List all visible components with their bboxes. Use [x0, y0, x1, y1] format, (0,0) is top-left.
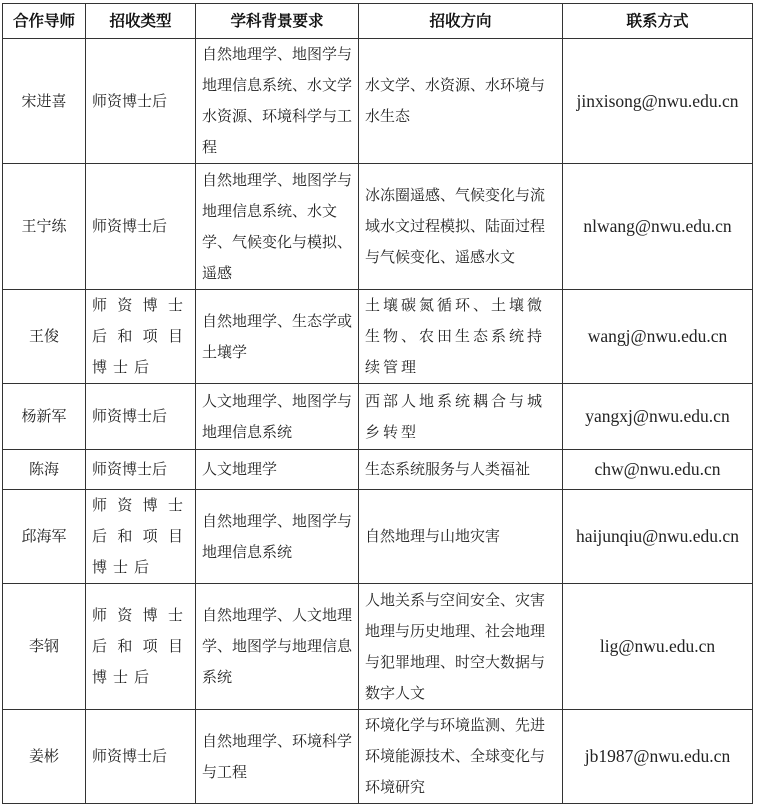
advisor-name: 姜彬: [3, 710, 86, 804]
research-direction: 冰冻圈遥感、气候变化与流域水文过程模拟、陆面过程与气候变化、遥感水文: [359, 164, 563, 290]
table-row: 陈海 师资博士后 人文地理学 生态系统服务与人类福祉 chw@nwu.edu.c…: [3, 450, 753, 490]
background-requirement: 自然地理学、地图学与地理信息系统、水文学、气候变化与模拟、遥感: [196, 164, 359, 290]
advisor-name: 王俊: [3, 290, 86, 384]
recruit-type: 师资博士后: [86, 710, 196, 804]
table-row: 王宁练 师资博士后 自然地理学、地图学与地理信息系统、水文学、气候变化与模拟、遥…: [3, 164, 753, 290]
contact-email[interactable]: chw@nwu.edu.cn: [563, 450, 753, 490]
research-direction: 环境化学与环境监测、先进环境能源技术、全球变化与环境研究: [359, 710, 563, 804]
advisor-name: 邱海军: [3, 490, 86, 584]
contact-email[interactable]: jinxisong@nwu.edu.cn: [563, 39, 753, 164]
header-row: 合作导师 招收类型 学科背景要求 招收方向 联系方式: [3, 4, 753, 39]
contact-email[interactable]: jb1987@nwu.edu.cn: [563, 710, 753, 804]
research-direction: 生态系统服务与人类福祉: [359, 450, 563, 490]
research-direction: 水文学、水资源、水环境与水生态: [359, 39, 563, 164]
background-requirement: 人文地理学、地图学与地理信息系统: [196, 384, 359, 450]
research-direction: 土壤碳氮循环、土壤微生物、农田生态系统持续管理: [359, 290, 563, 384]
research-direction: 西部人地系统耦合与城乡转型: [359, 384, 563, 450]
recruit-type: 师资博士后和项目博士后: [86, 290, 196, 384]
research-direction: 人地关系与空间安全、灾害地理与历史地理、社会地理与犯罪地理、时空大数据与数字人文: [359, 584, 563, 710]
background-requirement: 自然地理学、地图学与地理信息系统: [196, 490, 359, 584]
recruit-type: 师资博士后: [86, 384, 196, 450]
header-background: 学科背景要求: [196, 4, 359, 39]
header-direction: 招收方向: [359, 4, 563, 39]
table-row: 王俊 师资博士后和项目博士后 自然地理学、生态学或土壤学 土壤碳氮循环、土壤微生…: [3, 290, 753, 384]
advisor-name: 李钢: [3, 584, 86, 710]
header-contact: 联系方式: [563, 4, 753, 39]
table-row: 李钢 师资博士后和项目博士后 自然地理学、人文地理学、地图学与地理信息系统 人地…: [3, 584, 753, 710]
advisor-name: 宋进喜: [3, 39, 86, 164]
advisor-name: 杨新军: [3, 384, 86, 450]
research-direction: 自然地理与山地灾害: [359, 490, 563, 584]
contact-email[interactable]: nlwang@nwu.edu.cn: [563, 164, 753, 290]
recruit-type: 师资博士后和项目博士后: [86, 490, 196, 584]
background-requirement: 自然地理学、人文地理学、地图学与地理信息系统: [196, 584, 359, 710]
table-row: 宋进喜 师资博士后 自然地理学、地图学与地理信息系统、水文学水资源、环境科学与工…: [3, 39, 753, 164]
table-row: 姜彬 师资博士后 自然地理学、环境科学与工程 环境化学与环境监测、先进环境能源技…: [3, 710, 753, 804]
contact-email[interactable]: yangxj@nwu.edu.cn: [563, 384, 753, 450]
background-requirement: 自然地理学、地图学与地理信息系统、水文学水资源、环境科学与工程: [196, 39, 359, 164]
table-row: 杨新军 师资博士后 人文地理学、地图学与地理信息系统 西部人地系统耦合与城乡转型…: [3, 384, 753, 450]
background-requirement: 人文地理学: [196, 450, 359, 490]
recruit-type: 师资博士后: [86, 164, 196, 290]
recruit-type: 师资博士后和项目博士后: [86, 584, 196, 710]
advisor-name: 王宁练: [3, 164, 86, 290]
advisor-table: 合作导师 招收类型 学科背景要求 招收方向 联系方式 宋进喜 师资博士后 自然地…: [2, 3, 753, 804]
recruit-type: 师资博士后: [86, 39, 196, 164]
table-row: 邱海军 师资博士后和项目博士后 自然地理学、地图学与地理信息系统 自然地理与山地…: [3, 490, 753, 584]
background-requirement: 自然地理学、生态学或土壤学: [196, 290, 359, 384]
contact-email[interactable]: lig@nwu.edu.cn: [563, 584, 753, 710]
header-advisor: 合作导师: [3, 4, 86, 39]
recruit-type: 师资博士后: [86, 450, 196, 490]
background-requirement: 自然地理学、环境科学与工程: [196, 710, 359, 804]
advisor-name: 陈海: [3, 450, 86, 490]
header-type: 招收类型: [86, 4, 196, 39]
contact-email[interactable]: haijunqiu@nwu.edu.cn: [563, 490, 753, 584]
contact-email[interactable]: wangj@nwu.edu.cn: [563, 290, 753, 384]
